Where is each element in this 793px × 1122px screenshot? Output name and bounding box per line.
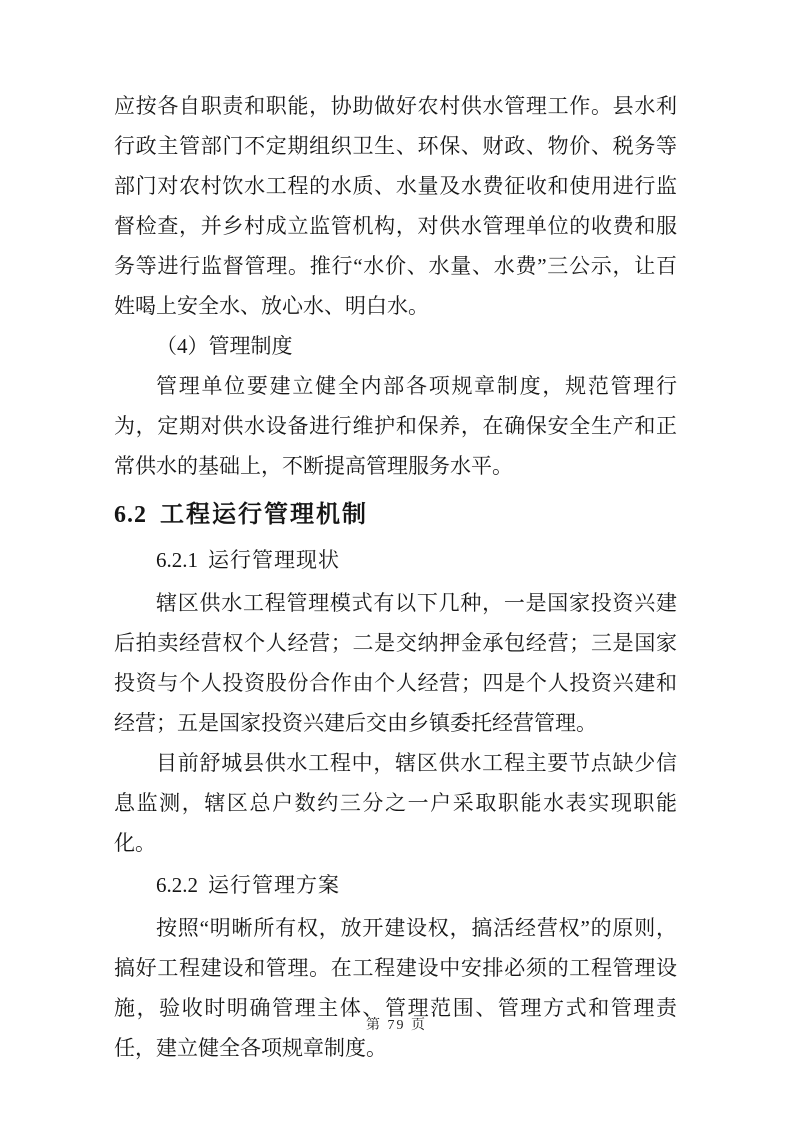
section-title: 工程运行管理机制 [160,502,368,528]
page-number-label: 第 79 页 [366,1018,427,1033]
document-page: 应按各自职责和职能，协助做好农村供水管理工作。县水利行政主管部门不定期组织卫生、… [0,0,793,1122]
paragraph-current-status: 目前舒城县供水工程中，辖区供水工程主要节点缺少信息监测，辖区总户数约三分之一户采… [114,743,677,863]
section-heading-6-2: 6.2工程运行管理机制 [114,492,677,538]
page-footer: 第 79 页 [0,1014,793,1038]
paragraph-management-system: 管理单位要建立健全内部各项规章制度，规范管理行为，定期对供水设备进行维护和保养，… [114,366,677,486]
paragraph-management-modes: 辖区供水工程管理模式有以下几种，一是国家投资兴建后拍卖经营权个人经营；二是交纳押… [114,583,677,743]
subsection-heading-6-2-2: 6.2.2运行管理方案 [114,863,677,908]
paragraph-supervision: 应按各自职责和职能，协助做好农村供水管理工作。县水利行政主管部门不定期组织卫生、… [114,86,677,326]
subsection-number: 6.2.1 [156,548,198,572]
subsection-heading-6-2-1: 6.2.1运行管理现状 [114,538,677,583]
subsection-title: 运行管理方案 [208,874,340,897]
paragraph-item4-management-system-label: （4）管理制度 [114,326,677,366]
section-number: 6.2 [114,502,147,528]
paragraph-operation-plan: 按照“明晰所有权，放开建设权，搞活经营权”的原则，搞好工程建设和管理。在工程建设… [114,908,677,1068]
subsection-title: 运行管理现状 [208,549,340,572]
subsection-number: 6.2.2 [156,873,198,897]
